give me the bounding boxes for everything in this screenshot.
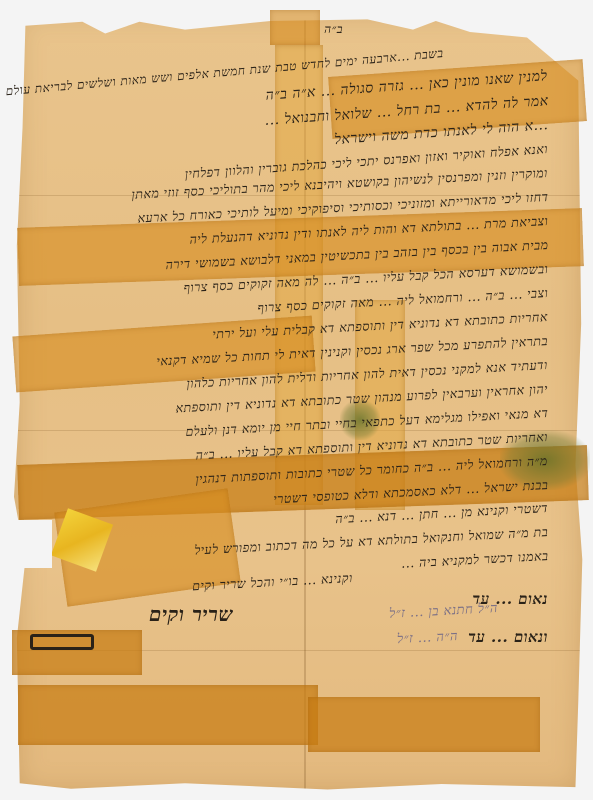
signature: שריר וקים: [149, 602, 233, 627]
witness-line-2: ונאום ... עד: [468, 628, 548, 647]
heading-bh: ב״ה: [324, 22, 343, 37]
text-line: וקנינא ... בו״י והכל שריר וקים: [192, 570, 353, 594]
handwritten-text: ב״ה בשבת ...ארבעה ימים לחדש טבת שנת חמשת…: [0, 0, 593, 800]
text-line: דשטרי וקנינא מן ... חתן ... דנא ... ב״ה: [335, 500, 549, 527]
text-line: באמנו דכשר למקניא ביה ...: [400, 548, 548, 572]
signature-flourish: [30, 634, 94, 650]
pencil-note-1: ה״ל חתנא בן ... ז״ל: [389, 600, 499, 622]
pencil-note-2: ה״ה ... ז״ל: [397, 628, 459, 647]
